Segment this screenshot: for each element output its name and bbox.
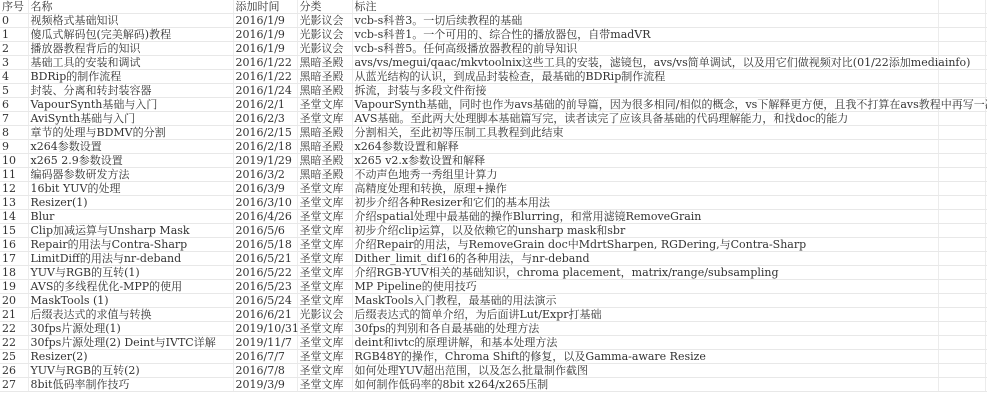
table-row: 26YUV与RGB的互转(2)2016/7/8圣堂文库如何处理YUV超出范围，以… xyxy=(0,364,987,378)
cell-name[interactable]: YUV与RGB的互转(2) xyxy=(28,364,233,378)
cell-category[interactable]: 黑暗圣殿 xyxy=(297,56,352,70)
cell-date[interactable]: 2016/1/9 xyxy=(233,42,297,56)
cell-category[interactable]: 光影议会 xyxy=(297,14,352,28)
cell-date[interactable]: 2016/2/18 xyxy=(233,140,297,154)
empty-cell[interactable] xyxy=(938,350,985,364)
cell-category[interactable]: 圣堂文库 xyxy=(297,224,352,238)
table-row: 5封装、分离和转封装容器2016/1/24黑暗圣殿拆流，封装与多段文件衔接 xyxy=(0,84,987,98)
cell-note[interactable]: 初步介绍clip运算，以及依赖它的unsharp mask和sbr xyxy=(352,224,938,238)
cell-category[interactable]: 圣堂文库 xyxy=(297,294,352,308)
empty-cell[interactable] xyxy=(938,28,985,42)
table-row: 2播放器教程背后的知识2016/1/9光影议会vcb-s科普5。任何高级播放器教… xyxy=(0,42,987,56)
cell-name[interactable]: MaskTools (1) xyxy=(28,294,233,308)
cell-note[interactable]: 如何处理YUV超出范围，以及怎么批量制作截图 xyxy=(352,364,938,378)
cell-category[interactable]: 光影议会 xyxy=(297,28,352,42)
empty-cell[interactable] xyxy=(938,70,985,84)
cell-name[interactable]: LimitDiff的用法与nr-deband xyxy=(28,252,233,266)
cell-name[interactable]: 30fps片源处理(1) xyxy=(28,322,233,336)
cell-note[interactable]: MaskTools入门教程，最基础的用法演示 xyxy=(352,294,938,308)
cell-note[interactable]: vcb-s科普3。一切后续教程的基础 xyxy=(352,14,938,28)
table-row: 11编码器参数研发方法2016/3/2黑暗圣殿不动声色地秀一秀组里计算力 xyxy=(0,168,987,182)
cell-date[interactable]: 2019/3/9 xyxy=(233,378,297,392)
table-row: 15Clip加减运算与Unsharp Mask2016/5/6圣堂文库初步介绍c… xyxy=(0,224,987,238)
cell-date[interactable]: 2016/1/24 xyxy=(233,84,297,98)
cell-note[interactable]: 介绍Repair的用法，与RemoveGrain doc中MdrtSharpen… xyxy=(352,238,938,252)
cell-category[interactable]: 圣堂文库 xyxy=(297,182,352,196)
cell-index[interactable]: 2 xyxy=(0,42,28,56)
cell-index[interactable]: 27 xyxy=(0,378,28,392)
table-row: 25Resizer(2)2016/7/7圣堂文库RGB48Y的操作，Chroma… xyxy=(0,350,987,364)
table-row: 278bit低码率制作技巧2019/3/9圣堂文库如何制作低码率的8bit x2… xyxy=(0,378,987,392)
table-row: 1216bit YUV的处理2016/3/9圣堂文库高精度处理和转换，原理+操作 xyxy=(0,182,987,196)
cell-name[interactable]: 傻瓜式解码包(完美解码)教程 xyxy=(28,28,233,42)
table-row: 1傻瓜式解码包(完美解码)教程2016/1/9光影议会vcb-s科普1。一个可用… xyxy=(0,28,987,42)
cell-note[interactable]: 初步介绍各种Resizer和它们的基本用法 xyxy=(352,196,938,210)
empty-cell[interactable] xyxy=(938,84,985,98)
empty-cell[interactable] xyxy=(938,196,985,210)
cell-note[interactable]: AVS基础。至此两大处理脚本基础篇写完，读者读完了应该具备基础的代码理解能力，和… xyxy=(352,112,938,126)
cell-date[interactable]: 2019/10/31 xyxy=(233,322,297,336)
header-date[interactable]: 添加时间 xyxy=(233,0,297,14)
table-row: 7AviSynth基础与入门2016/2/3圣堂文库AVS基础。至此两大处理脚本… xyxy=(0,112,987,126)
table-row: 6VapourSynth基础与入门2016/2/1圣堂文库VapourSynth… xyxy=(0,98,987,112)
empty-cell[interactable] xyxy=(938,238,985,252)
cell-index[interactable]: 4 xyxy=(0,70,28,84)
empty-cell[interactable] xyxy=(938,224,985,238)
cell-name[interactable]: x264参数设置 xyxy=(28,140,233,154)
cell-note[interactable]: 如何制作低码率的8bit x264/x265压制 xyxy=(352,378,938,392)
empty-cell[interactable] xyxy=(938,308,985,322)
empty-cell[interactable] xyxy=(938,42,985,56)
cell-category[interactable]: 圣堂文库 xyxy=(297,210,352,224)
table-row: 2230fps片源处理(2) Deint与IVTC详解2019/11/7圣堂文库… xyxy=(0,336,987,350)
cell-category[interactable]: 黑暗圣殿 xyxy=(297,126,352,140)
cell-note[interactable]: x264参数设置和解释 xyxy=(352,140,938,154)
cell-name[interactable]: Blur xyxy=(28,210,233,224)
cell-date[interactable]: 2016/2/1 xyxy=(233,98,297,112)
header-index[interactable]: 序号 xyxy=(0,0,28,14)
empty-cell[interactable] xyxy=(938,0,985,14)
table-row: 17LimitDiff的用法与nr-deband2016/5/21圣堂文库Dit… xyxy=(0,252,987,266)
cell-index[interactable]: 16 xyxy=(0,238,28,252)
cell-name[interactable]: 8bit低码率制作技巧 xyxy=(28,378,233,392)
cell-index[interactable]: 25 xyxy=(0,350,28,364)
cell-name[interactable]: Resizer(1) xyxy=(28,196,233,210)
cell-note[interactable]: avs/vs/megui/qaac/mkvtoolnix这些工具的安装，滤镜包，… xyxy=(352,56,938,70)
cell-note[interactable]: vcb-s科普1。一个可用的、综合性的播放器包，自带madVR xyxy=(352,28,938,42)
cell-category[interactable]: 圣堂文库 xyxy=(297,378,352,392)
cell-category[interactable]: 光影议会 xyxy=(297,308,352,322)
cell-note[interactable]: Dither_limit_dif16的各种用法，与nr-deband xyxy=(352,252,938,266)
cell-note[interactable]: x265 v2.x参数设置和解释 xyxy=(352,154,938,168)
cell-note[interactable]: 30fps的判别和各自最基础的处理方法 xyxy=(352,322,938,336)
cell-name[interactable]: 16bit YUV的处理 xyxy=(28,182,233,196)
table-row: 3基础工具的安装和调试2016/1/22黑暗圣殿avs/vs/megui/qaa… xyxy=(0,56,987,70)
cell-name[interactable]: VapourSynth基础与入门 xyxy=(28,98,233,112)
empty-cell[interactable] xyxy=(938,294,985,308)
cell-date[interactable]: 2016/4/26 xyxy=(233,210,297,224)
header-row: 序号 名称 添加时间 分类 标注 xyxy=(0,0,987,14)
empty-cell[interactable] xyxy=(938,210,985,224)
cell-note[interactable]: 介绍RGB-YUV相关的基础知识，chroma placement，matrix… xyxy=(352,266,938,280)
cell-name[interactable]: 视频格式基础知识 xyxy=(28,14,233,28)
cell-date[interactable]: 2016/3/9 xyxy=(233,182,297,196)
table-row: 9x264参数设置2016/2/18黑暗圣殿x264参数设置和解释 xyxy=(0,140,987,154)
cell-date[interactable]: 2016/5/6 xyxy=(233,224,297,238)
empty-cell[interactable] xyxy=(938,154,985,168)
empty-cell[interactable] xyxy=(938,112,985,126)
cell-index[interactable]: 11 xyxy=(0,168,28,182)
cell-note[interactable]: 分割相关，至此初等压制工具教程到此结束 xyxy=(352,126,938,140)
cell-date[interactable]: 2019/11/7 xyxy=(233,336,297,350)
cell-name[interactable]: 30fps片源处理(2) Deint与IVTC详解 xyxy=(28,336,233,350)
cell-date[interactable]: 2016/2/3 xyxy=(233,112,297,126)
cell-date[interactable]: 2016/3/10 xyxy=(233,196,297,210)
table-row: 14Blur2016/4/26圣堂文库介绍spatial处理中最基础的操作Blu… xyxy=(0,210,987,224)
cell-note[interactable]: 从蓝光结构的认识，到成品封装检查，最基础的BDRip制作流程 xyxy=(352,70,938,84)
empty-cell[interactable] xyxy=(938,126,985,140)
cell-category[interactable]: 黑暗圣殿 xyxy=(297,140,352,154)
cell-index[interactable]: 9 xyxy=(0,140,28,154)
cell-date[interactable]: 2016/2/15 xyxy=(233,126,297,140)
header-note[interactable]: 标注 xyxy=(352,0,938,14)
table-row: 10x265 2.9参数设置2019/1/29黑暗圣殿x265 v2.x参数设置… xyxy=(0,154,987,168)
cell-category[interactable]: 圣堂文库 xyxy=(297,112,352,126)
cell-name[interactable]: x265 2.9参数设置 xyxy=(28,154,233,168)
cell-name[interactable]: Resizer(2) xyxy=(28,350,233,364)
table-row: 4BDRip的制作流程2016/1/22黑暗圣殿从蓝光结构的认识，到成品封装检查… xyxy=(0,70,987,84)
table-row: 2230fps片源处理(1)2019/10/31圣堂文库30fps的判别和各自最… xyxy=(0,322,987,336)
table-row: 21后缀表达式的求值与转换2016/6/21光影议会后缀表达式的简单介绍，为后面… xyxy=(0,308,987,322)
cell-index[interactable]: 10 xyxy=(0,154,28,168)
cell-category[interactable]: 黑暗圣殿 xyxy=(297,70,352,84)
empty-cell[interactable] xyxy=(938,280,985,294)
cell-note[interactable]: 介绍spatial处理中最基础的操作Blurring，和常用滤镜RemoveGr… xyxy=(352,210,938,224)
spreadsheet-table: 序号 名称 添加时间 分类 标注 0视频格式基础知识2016/1/9光影议会vc… xyxy=(0,0,987,392)
cell-index[interactable]: 18 xyxy=(0,266,28,280)
cell-index[interactable]: 12 xyxy=(0,182,28,196)
cell-date[interactable]: 2016/3/2 xyxy=(233,168,297,182)
cell-category[interactable]: 圣堂文库 xyxy=(297,196,352,210)
cell-date[interactable]: 2016/1/22 xyxy=(233,56,297,70)
cell-index[interactable]: 14 xyxy=(0,210,28,224)
cell-category[interactable]: 圣堂文库 xyxy=(297,322,352,336)
cell-date[interactable]: 2016/1/9 xyxy=(233,14,297,28)
cell-index[interactable]: 13 xyxy=(0,196,28,210)
cell-name[interactable]: 封装、分离和转封装容器 xyxy=(28,84,233,98)
cell-name[interactable]: 编码器参数研发方法 xyxy=(28,168,233,182)
table-row: 16Repair的用法与Contra-Sharp2016/5/18圣堂文库介绍R… xyxy=(0,238,987,252)
cell-category[interactable]: 圣堂文库 xyxy=(297,98,352,112)
cell-name[interactable]: Clip加减运算与Unsharp Mask xyxy=(28,224,233,238)
cell-note[interactable]: 后缀表达式的简单介绍，为后面讲Lut/Expr打基础 xyxy=(352,308,938,322)
cell-date[interactable]: 2016/5/18 xyxy=(233,238,297,252)
empty-cell[interactable] xyxy=(938,14,985,28)
cell-name[interactable]: 后缀表达式的求值与转换 xyxy=(28,308,233,322)
empty-cell[interactable] xyxy=(938,252,985,266)
cell-note[interactable]: 不动声色地秀一秀组里计算力 xyxy=(352,168,938,182)
empty-cell[interactable] xyxy=(938,168,985,182)
empty-cell[interactable] xyxy=(938,266,985,280)
cell-date[interactable]: 2016/1/9 xyxy=(233,28,297,42)
cell-note[interactable]: deint和ivtc的原理讲解，和基本处理方法 xyxy=(352,336,938,350)
cell-index[interactable]: 21 xyxy=(0,308,28,322)
cell-category[interactable]: 黑暗圣殿 xyxy=(297,84,352,98)
table-row: 13Resizer(1)2016/3/10圣堂文库初步介绍各种Resizer和它… xyxy=(0,196,987,210)
cell-category[interactable]: 圣堂文库 xyxy=(297,238,352,252)
empty-cell[interactable] xyxy=(938,140,985,154)
cell-date[interactable]: 2016/5/23 xyxy=(233,280,297,294)
cell-index[interactable]: 8 xyxy=(0,126,28,140)
table-row: 8章节的处理与BDMV的分割2016/2/15黑暗圣殿分割相关，至此初等压制工具… xyxy=(0,126,987,140)
cell-note[interactable]: 拆流，封装与多段文件衔接 xyxy=(352,84,938,98)
header-category[interactable]: 分类 xyxy=(297,0,352,14)
cell-index[interactable]: 0 xyxy=(0,14,28,28)
cell-category[interactable]: 光影议会 xyxy=(297,42,352,56)
cell-date[interactable]: 2016/7/8 xyxy=(233,364,297,378)
cell-date[interactable]: 2019/1/29 xyxy=(233,154,297,168)
cell-date[interactable]: 2016/7/7 xyxy=(233,350,297,364)
cell-date[interactable]: 2016/5/21 xyxy=(233,252,297,266)
table-row: 20MaskTools (1)2016/5/24圣堂文库MaskTools入门教… xyxy=(0,294,987,308)
table-body: 0视频格式基础知识2016/1/9光影议会vcb-s科普3。一切后续教程的基础1… xyxy=(0,14,987,392)
empty-cell[interactable] xyxy=(938,364,985,378)
cell-name[interactable]: BDRip的制作流程 xyxy=(28,70,233,84)
cell-index[interactable]: 15 xyxy=(0,224,28,238)
cell-category[interactable]: 圣堂文库 xyxy=(297,266,352,280)
cell-category[interactable]: 圣堂文库 xyxy=(297,336,352,350)
cell-name[interactable]: YUV与RGB的互转(1) xyxy=(28,266,233,280)
cell-name[interactable]: 播放器教程背后的知识 xyxy=(28,42,233,56)
cell-name[interactable]: Repair的用法与Contra-Sharp xyxy=(28,238,233,252)
cell-date[interactable]: 2016/1/22 xyxy=(233,70,297,84)
cell-category[interactable]: 圣堂文库 xyxy=(297,364,352,378)
cell-index[interactable]: 6 xyxy=(0,98,28,112)
cell-date[interactable]: 2016/5/22 xyxy=(233,266,297,280)
cell-index[interactable]: 19 xyxy=(0,280,28,294)
empty-cell[interactable] xyxy=(938,378,985,392)
cell-name[interactable]: 基础工具的安装和调试 xyxy=(28,56,233,70)
cell-index[interactable]: 3 xyxy=(0,56,28,70)
cell-index[interactable]: 20 xyxy=(0,294,28,308)
cell-category[interactable]: 圣堂文库 xyxy=(297,350,352,364)
cell-note[interactable]: vcb-s科普5。任何高级播放器教程的前导知识 xyxy=(352,42,938,56)
header-name[interactable]: 名称 xyxy=(28,0,233,14)
empty-cell[interactable] xyxy=(938,182,985,196)
empty-cell[interactable] xyxy=(938,322,985,336)
cell-category[interactable]: 黑暗圣殿 xyxy=(297,154,352,168)
cell-name[interactable]: AviSynth基础与入门 xyxy=(28,112,233,126)
cell-index[interactable]: 26 xyxy=(0,364,28,378)
cell-name[interactable]: AVS的多线程优化-MPP的使用 xyxy=(28,280,233,294)
cell-index[interactable]: 17 xyxy=(0,252,28,266)
cell-index[interactable]: 7 xyxy=(0,112,28,126)
cell-note[interactable]: 高精度处理和转换，原理+操作 xyxy=(352,182,938,196)
cell-name[interactable]: 章节的处理与BDMV的分割 xyxy=(28,126,233,140)
cell-index[interactable]: 22 xyxy=(0,322,28,336)
cell-date[interactable]: 2016/5/24 xyxy=(233,294,297,308)
cell-index[interactable]: 5 xyxy=(0,84,28,98)
empty-cell[interactable] xyxy=(938,336,985,350)
table-row: 0视频格式基础知识2016/1/9光影议会vcb-s科普3。一切后续教程的基础 xyxy=(0,14,987,28)
cell-category[interactable]: 黑暗圣殿 xyxy=(297,168,352,182)
cell-category[interactable]: 圣堂文库 xyxy=(297,280,352,294)
table-row: 19AVS的多线程优化-MPP的使用2016/5/23圣堂文库MP Pipeli… xyxy=(0,280,987,294)
cell-note[interactable]: VapourSynth基础，同时也作为avs基础的前导篇，因为很多相同/相似的概… xyxy=(352,98,938,112)
cell-note[interactable]: MP Pipeline的使用技巧 xyxy=(352,280,938,294)
cell-index[interactable]: 1 xyxy=(0,28,28,42)
cell-category[interactable]: 圣堂文库 xyxy=(297,252,352,266)
cell-date[interactable]: 2016/6/21 xyxy=(233,308,297,322)
cell-note[interactable]: RGB48Y的操作，Chroma Shift的修复，以及Gamma-aware … xyxy=(352,350,938,364)
cell-index[interactable]: 22 xyxy=(0,336,28,350)
table-row: 18YUV与RGB的互转(1)2016/5/22圣堂文库介绍RGB-YUV相关的… xyxy=(0,266,987,280)
